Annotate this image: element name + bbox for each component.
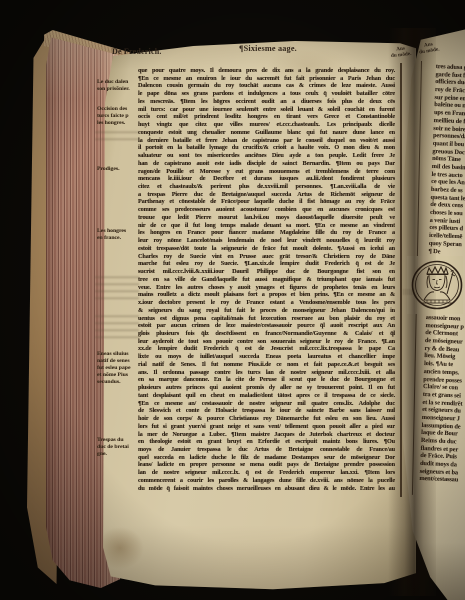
- king-portrait-woodcut: [407, 256, 463, 314]
- text-line: la derniere bataille et frere Jehan de c…: [138, 137, 395, 145]
- text-line: huyt vingtz que citez que villes murees/…: [138, 121, 395, 129]
- text-line: hoir de son corps/ & pource Christianus …: [138, 415, 395, 423]
- text-line: ragon/de Pouille et Moresse y eut grans …: [138, 168, 395, 176]
- right-page-text-fragments-bottom: assauoir monmonseigneur pde Clermontde m…: [419, 314, 465, 486]
- text-line: rial natif de Senes. Il fut nomme Pius.i…: [138, 361, 395, 369]
- text-line: que pour quatre moys. Il demoura pres de…: [138, 67, 395, 75]
- margin-note: Trespas du duc de bretai gne.: [97, 437, 138, 458]
- text-line: Charles roy de Suecie vint en Prusse aue…: [138, 253, 395, 261]
- text-line: uentus est dignus pena capitali/mais fut…: [138, 315, 395, 323]
- text-line: lixte ou moys de iuillet/auquel succeda …: [138, 353, 395, 361]
- text-line: mains roulletz a dictz moult plaisans fo…: [138, 291, 395, 299]
- text-line: lan de nostre seigneur mil.cccc.lx. q̄ e…: [138, 469, 395, 477]
- text-line: leur ayderoit de tout son pouoir contre …: [138, 338, 395, 346]
- text-line: mencans le.iiii.iour de Decēbre et duran…: [138, 175, 395, 183]
- faint-margin-year-mark: [403, 289, 414, 295]
- ink-showthrough: [95, 131, 139, 145]
- margin-note: Prodiges.: [97, 166, 138, 173]
- text-line: & seigneurs du sang royal fut fait le pr…: [138, 307, 395, 315]
- ink-showthrough: [95, 276, 139, 302]
- text-line: glois plusieurs fois q̄lz descēdissent e…: [138, 330, 395, 338]
- text-line: en theologie estoit en grant bruyt en Er…: [138, 438, 395, 446]
- text-line: les mescreās. ¶Item les hōgres occirent …: [138, 98, 395, 106]
- margin-note: Eneas siluius natif de senes fut esleu p…: [97, 351, 138, 386]
- text-line: a trespas Pierre duc de Bretaigne/auquel…: [138, 191, 395, 199]
- text-line: leur roy nōme Lancelot/mais lendemain de…: [138, 237, 395, 245]
- text-line: estoit par aucun crimen de leze maieste/…: [138, 322, 395, 330]
- text-line: commencerent a courir les parolles & lan…: [138, 477, 395, 485]
- margin-note: Occision des turcs faicte p les hongres.: [97, 106, 138, 127]
- text-line: comme ses predecesseurs auoient acoustum…: [138, 206, 395, 214]
- text-line: moys de Januier trespassa le duc Artus d…: [138, 446, 395, 454]
- text-line: trouue que ledit Pierre mourut lan.lvii.…: [138, 214, 395, 222]
- text-line: quel succeda en ladicte duche le filz de…: [138, 454, 395, 462]
- text-line: les hongres en France pour fiancer madam…: [138, 229, 395, 237]
- text-line: ¶En ce mesme an/ cestassauoir de nostre …: [138, 400, 395, 408]
- text-line: han de capistrano auoit este iadis disci…: [138, 160, 395, 168]
- open-book-photo: De Frederich. ¶Sixiesme aage. Ans du mōd…: [0, 0, 465, 600]
- margin-note: Les hongres en france.: [97, 228, 138, 242]
- text-line: mil turcs: car pour une iournee seulemēt…: [138, 106, 395, 114]
- text-line: citez et chasteaulx/& perirent plus de.x…: [138, 183, 395, 191]
- text-line: x.iour doctobre present le roy de France…: [138, 299, 395, 307]
- text-line: ¶En ce mesme an enuiron le iour du sacre…: [138, 75, 395, 83]
- text-line: saluateur ou sont tes misericordes anciē…: [138, 152, 395, 160]
- running-header-title: ¶Sixiesme aage.: [239, 44, 297, 53]
- text-line: occis cent mil/et prindrent lesditz hong…: [138, 113, 395, 121]
- ink-showthrough: [95, 315, 139, 339]
- text-line: lors fut si grant yuer/si grant neige et…: [138, 423, 395, 431]
- text-line: la mer de Noruegue a Lubec. ¶Item maistr…: [138, 431, 395, 439]
- running-header-folio: De Frederich.: [112, 47, 162, 56]
- text-line: il portoit en la bataille lymage du cruc…: [138, 144, 395, 152]
- text-line: Parthenay et cōnestable de Frāce/pour la…: [138, 198, 395, 206]
- text-line: en sa marque danconne. En la cite de Per…: [138, 376, 395, 384]
- text-line: leans/ ladicte en propre personne se men…: [138, 461, 395, 469]
- text-line: Dalencon cousin germain du roy touchāt a…: [138, 82, 395, 90]
- text-line: le pape dōna ses grans pardons et indulg…: [138, 90, 395, 98]
- text-line: estoit trespasse/dōt toute la seigneurie…: [138, 245, 395, 253]
- text-line: tree en sa ville de Gand/laquelle fut au…: [138, 276, 395, 284]
- text-line: xx.de lempire dudit Frederich q̄ est de …: [138, 345, 395, 353]
- body-text-block: que pour quatre moys. Il demoura pres de…: [138, 67, 395, 492]
- text-line: conqueste estoit ung cheualier nomme Gui…: [138, 129, 395, 137]
- text-line: marche fut esleu roy de Suecie. ¶Lan.xix…: [138, 260, 395, 268]
- margin-note: Le duc dalen son prisōnier.: [97, 79, 138, 93]
- text-line: de Sleswich et conte de Holsacie trespas…: [138, 407, 395, 415]
- text-line: du mōde q̄ faisoit maintes choses meruei…: [138, 485, 395, 493]
- text-line: sucrist mil.cccc.lviii.&.xxiii.iour Daur…: [138, 268, 395, 276]
- text-line: nir de ce que il fut long temps malade d…: [138, 222, 395, 230]
- text-line: plusieurs autres princes qui auoient pro…: [138, 384, 395, 392]
- column-rule-left-page: [400, 63, 402, 497]
- text-line: veue. Entre les autres choses y auoit ym…: [138, 284, 395, 292]
- text-line: ans. Il ordonna passage contre les turcs…: [138, 369, 395, 377]
- text-line: tant desplaisant quil en cheut en maladi…: [138, 392, 395, 400]
